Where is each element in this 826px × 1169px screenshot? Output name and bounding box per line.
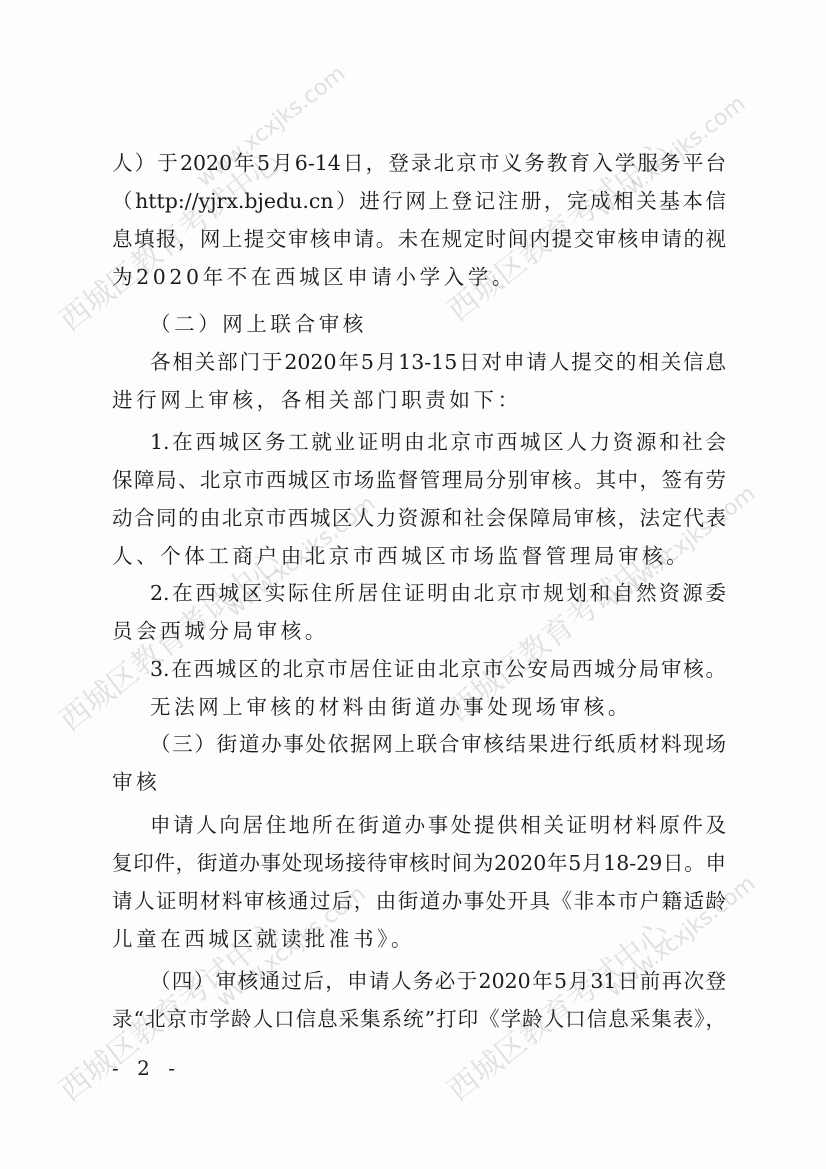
text-line: 息填报，网上提交审核申请。未在规定时间内提交审核申请的视 — [112, 226, 726, 252]
text-line: 3.在西城区的北京市居住证由北京市公安局西城分局审核。 — [150, 656, 726, 682]
text-line: （http://yjrx.bjedu.cn）进行网上登记注册，完成相关基本信 — [112, 188, 726, 214]
page-number: - 2 - — [112, 1056, 181, 1080]
text-line: 1.在西城区务工就业证明由北京市西城区人力资源和社会 — [150, 429, 726, 455]
text-line: 录“北京市学龄人口信息采集系统”打印《学龄人口信息采集表》， — [112, 1006, 726, 1032]
text-line: （四）审核通过后，申请人务必于2020年5月31日前再次登 — [150, 968, 726, 994]
text-line: 进行网上审核，各相关部门职责如下： — [112, 387, 726, 413]
text-line: 人）于2020年5月6-14日，登录北京市义务教育入学服务平台 — [112, 150, 726, 176]
text-line: 保障局、北京市西城区市场监督管理局分别审核。其中，签有劳 — [112, 467, 726, 493]
text-line: 申请人向居住地所在街道办事处提供相关证明材料原件及 — [150, 812, 726, 838]
text-line: 儿童在西城区就读批准书》。 — [112, 926, 726, 952]
text-line: （二）网上联合审核 — [150, 311, 764, 337]
text-line: 为2020年不在西城区申请小学入学。 — [112, 264, 726, 290]
text-line: 请人证明材料审核通过后，由街道办事处开具《非本市户籍适龄 — [112, 888, 726, 914]
text-line: 各相关部门于2020年5月13-15日对申请人提交的相关信息 — [150, 349, 726, 375]
text-line: （三）街道办事处依据网上联合审核结果进行纸质材料现场 — [150, 731, 726, 757]
text-line: 无法网上审核的材料由街道办事处现场审核。 — [150, 694, 764, 720]
text-line: 复印件，街道办事处现场接待审核时间为2020年5月18-29日。申 — [112, 850, 726, 876]
document-page: 西城区教育考试中心 www.xcxjks.com 西城区教育考试中心 www.x… — [0, 0, 826, 1169]
text-line: 人、个体工商户由北京市西城区市场监督管理局审核。 — [112, 543, 726, 569]
text-line: 审核 — [112, 769, 726, 795]
text-line: 2.在西城区实际住所居住证明由北京市规划和自然资源委 — [150, 580, 726, 606]
text-line: 员会西城分局审核。 — [112, 618, 726, 644]
text-line: 动合同的由北京市西城区人力资源和社会保障局审核，法定代表 — [112, 505, 726, 531]
